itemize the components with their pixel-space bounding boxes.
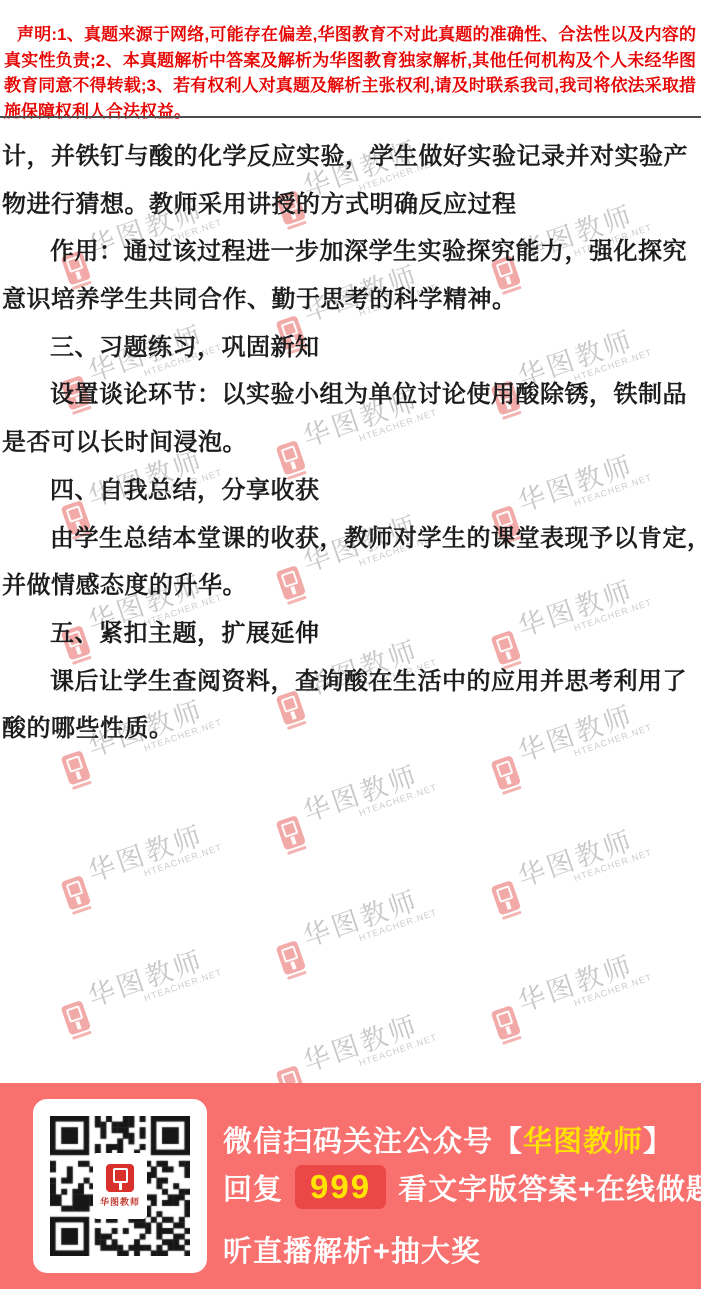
body-text: 计，并铁钉与酸的化学反应实验，学生做好实验记录并对实验产物进行猜想。教师采用讲授…: [2, 133, 701, 753]
body-line: 由学生总结本堂课的收获，教师对学生的课堂表现予以肯定，: [2, 515, 701, 563]
watermark-site: HTEACHER.NET: [358, 1032, 439, 1068]
huatu-logo-icon: [61, 875, 92, 911]
watermark: 华图教师HTEACHER.NET: [56, 816, 225, 911]
watermark: 华图教师HTEACHER.NET: [56, 941, 225, 1036]
watermark-site: HTEACHER.NET: [573, 847, 654, 883]
watermark-brand: 华图教师: [299, 881, 435, 953]
disclaimer-body: 1、真题来源于网络,可能存在偏差,华图教育不对此真题的准确性、合法性以及内容的真…: [4, 25, 696, 121]
watermark: 华图教师HTEACHER.NET: [486, 946, 655, 1041]
watermark-brand: 华图教师: [299, 1006, 435, 1078]
body-line: 是否可以长时间浸泡。: [2, 419, 701, 467]
qr-brand-text: 华图教师: [100, 1195, 140, 1208]
huatu-logo-icon: [61, 750, 92, 786]
watermark-site: HTEACHER.NET: [573, 972, 654, 1008]
footer-line-live: 听直播解析+抽大奖: [223, 1229, 481, 1270]
bracket-open: 【: [493, 1119, 523, 1160]
huatu-logo-icon: [61, 1000, 92, 1036]
live-text: 听直播解析+抽大奖: [223, 1229, 481, 1270]
huatu-logo-icon: [106, 1164, 134, 1192]
watermark-brand: 华图教师: [84, 816, 220, 888]
watermark-site: HTEACHER.NET: [358, 782, 439, 818]
reply-label: 回复: [223, 1167, 283, 1208]
watermark-brand: 华图教师: [84, 941, 220, 1013]
huatu-logo-icon: [276, 815, 307, 851]
body-line: 四、自我总结，分享收获: [2, 467, 701, 515]
account-name: 华图教师: [523, 1119, 643, 1160]
document-page: 华图教师HTEACHER.NET华图教师HTEACHER.NET华图教师HTEA…: [0, 0, 701, 1289]
qr-center-label: 华图教师: [93, 1153, 147, 1219]
reply-benefit-text: 看文字版答案+在线做题估分: [398, 1167, 701, 1208]
disclaimer-text: 声明:1、真题来源于网络,可能存在偏差,华图教育不对此真题的准确性、合法性以及内…: [4, 22, 696, 124]
huatu-logo-icon: [491, 1005, 522, 1041]
body-line: 设置谈论环节：以实验小组为单位讨论使用酸除锈，铁制品: [2, 371, 701, 419]
watermark-brand: 华图教师: [514, 946, 650, 1018]
body-line: 物进行猜想。教师采用讲授的方式明确反应过程: [2, 181, 701, 229]
huatu-logo-icon: [491, 755, 522, 791]
section-divider: [0, 116, 701, 118]
bracket-close: 】: [643, 1119, 673, 1160]
watermark-brand: 华图教师: [514, 821, 650, 893]
follow-text: 微信扫码关注公众号: [223, 1119, 493, 1160]
watermark-site: HTEACHER.NET: [358, 907, 439, 943]
disclaimer-prefix: 声明:: [17, 25, 57, 44]
watermark: 华图教师HTEACHER.NET: [486, 821, 655, 916]
qr-card: 华图教师: [33, 1099, 207, 1273]
body-line: 并做情感态度的升华。: [2, 562, 701, 610]
watermark-site: HTEACHER.NET: [143, 967, 224, 1003]
watermark-site: HTEACHER.NET: [143, 842, 224, 878]
body-line: 计，并铁钉与酸的化学反应实验，学生做好实验记录并对实验产: [2, 133, 701, 181]
body-line: 课后让学生查阅资料，查询酸在生活中的应用并思考利用了: [2, 658, 701, 706]
footer-line-follow: 微信扫码关注公众号【华图教师】: [223, 1119, 673, 1160]
watermark: 华图教师HTEACHER.NET: [271, 881, 440, 976]
watermark: 华图教师HTEACHER.NET: [271, 756, 440, 851]
watermark-brand: 华图教师: [299, 756, 435, 828]
huatu-logo-icon: [491, 880, 522, 916]
body-line: 意识培养学生共同合作、勤于思考的科学精神。: [2, 276, 701, 324]
footer-line-reply: 回复 999 看文字版答案+在线做题估分: [223, 1165, 701, 1209]
body-line: 作用：通过该过程进一步加深学生实验探究能力，强化探究: [2, 228, 701, 276]
huatu-logo-icon: [276, 940, 307, 976]
body-line: 酸的哪些性质。: [2, 705, 701, 753]
reply-code-badge: 999: [295, 1165, 386, 1209]
body-line: 三、习题练习，巩固新知: [2, 324, 701, 372]
footer-banner: 华图教师 微信扫码关注公众号【华图教师】 回复 999 看文字版答案+在线做题估…: [0, 1083, 701, 1289]
body-line: 五、紧扣主题，扩展延伸: [2, 610, 701, 658]
